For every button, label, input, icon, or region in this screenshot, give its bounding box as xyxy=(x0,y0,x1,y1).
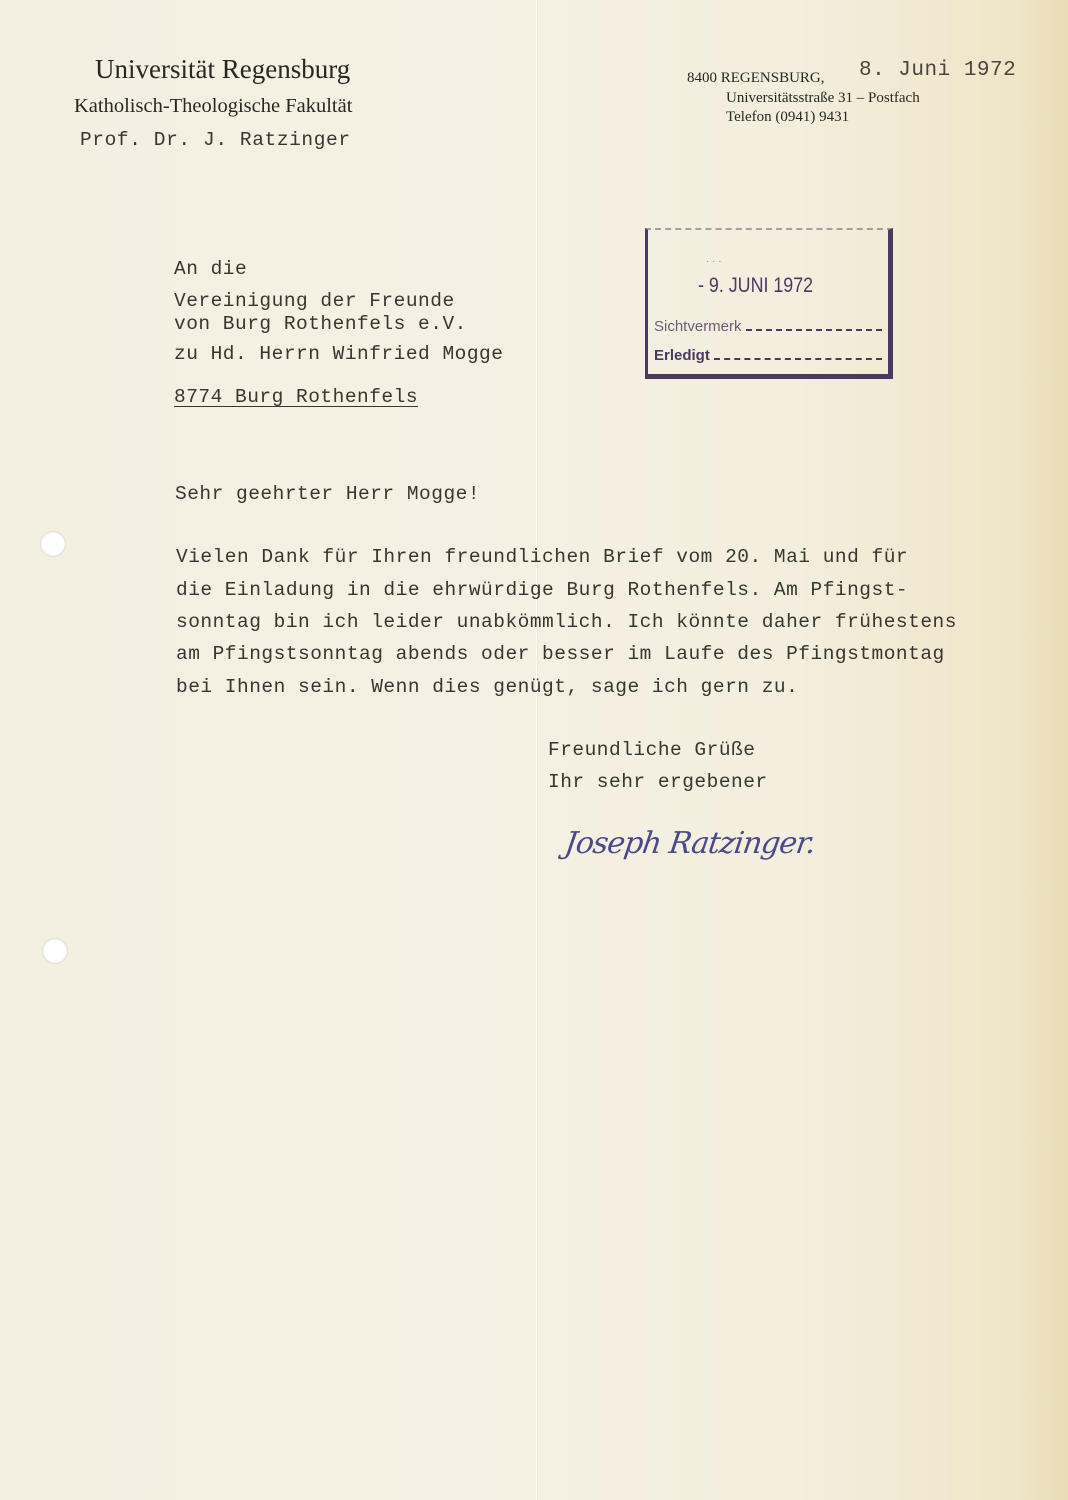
faculty-name: Katholisch-Theologische Fakultät xyxy=(74,95,352,118)
body-line: bei Ihnen sein. Wenn dies genügt, sage i… xyxy=(176,676,798,698)
stamp-top-mark: · · · xyxy=(706,256,722,267)
stamp-date: - 9. JUNI 1972 xyxy=(698,274,813,298)
recipient-line: von Burg Rothenfels e.V. xyxy=(174,313,467,335)
stamp-field-erledigt: Erledigt xyxy=(654,347,882,364)
body-line: Vielen Dank für Ihren freundlichen Brief… xyxy=(176,546,908,568)
recipient-postal-line: 8774 Burg Rothenfels xyxy=(174,386,418,408)
sender-street: Universitätsstraße 31 – Postfach xyxy=(726,90,920,107)
recipient-line: An die xyxy=(174,258,247,280)
punch-hole-top xyxy=(40,531,66,557)
stamp-field-line xyxy=(746,329,882,331)
closing-line: Freundliche Grüße xyxy=(548,739,755,761)
stamp-field-sichtvermerk: Sichtvermerk xyxy=(654,318,882,335)
received-stamp: · · · - 9. JUNI 1972 Sichtvermerk Erledi… xyxy=(645,228,893,379)
body-line: am Pfingstsonntag abends oder besser im … xyxy=(176,643,945,665)
sender-phone: Telefon (0941) 9431 xyxy=(726,109,849,126)
stamp-field-line xyxy=(714,358,882,360)
handwritten-signature: Joseph Ratzinger. xyxy=(563,826,818,861)
stamp-field-label: Sichtvermerk xyxy=(654,318,746,335)
closing-line: Ihr sehr ergebener xyxy=(548,771,768,793)
university-name: Universität Regensburg xyxy=(95,54,350,85)
paper-fold-shadow xyxy=(537,0,538,1500)
stamp-field-label: Erledigt xyxy=(654,347,714,364)
letter-date: 8. Juni 1972 xyxy=(859,59,1016,82)
professor-name: Prof. Dr. J. Ratzinger xyxy=(80,129,351,151)
sender-city: 8400 REGENSBURG, xyxy=(687,70,825,87)
recipient-line: Vereinigung der Freunde xyxy=(174,290,455,312)
body-line: sonntag bin ich leider unabkömmlich. Ich… xyxy=(176,611,957,633)
salutation: Sehr geehrter Herr Mogge! xyxy=(175,483,480,505)
punch-hole-bottom xyxy=(42,938,68,964)
body-line: die Einladung in die ehrwürdige Burg Rot… xyxy=(176,579,908,601)
recipient-line: zu Hd. Herrn Winfried Mogge xyxy=(174,343,503,365)
